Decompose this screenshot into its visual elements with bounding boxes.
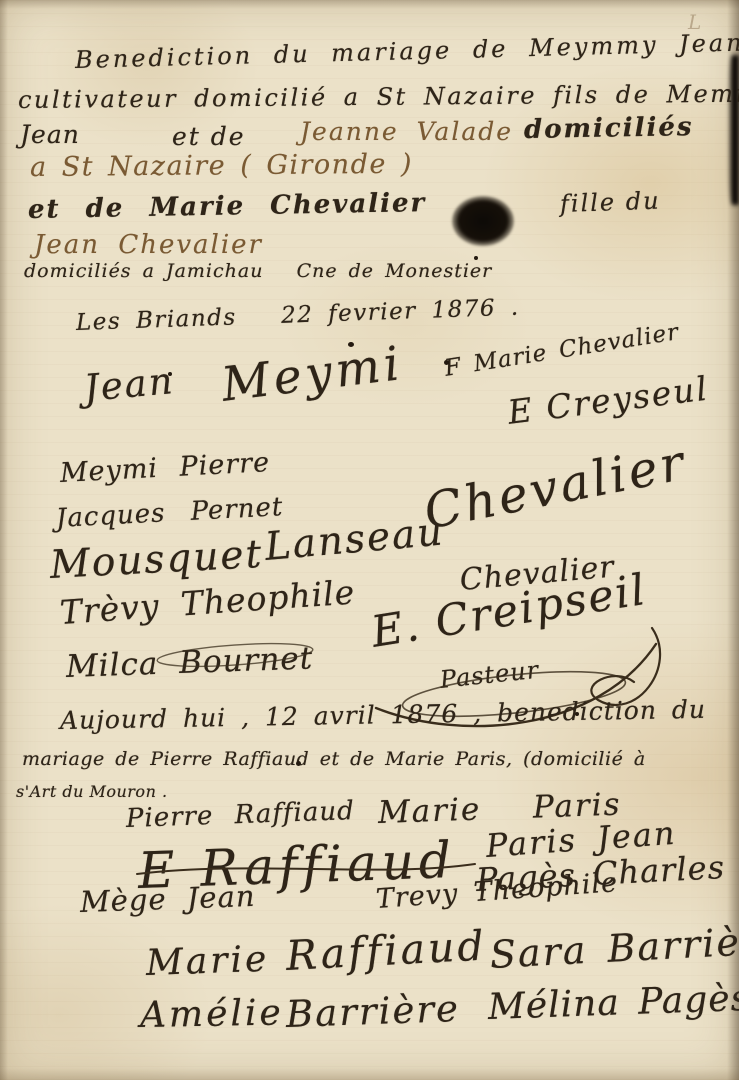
- dateline: Les Briands 22 fevrier 1876 .: [76, 297, 520, 335]
- entry2-line3: domiciliés a Jamichau Cne de Monestier: [24, 262, 492, 281]
- ink-speck: [348, 342, 354, 347]
- entry3-line3: s'Art du Mouron .: [16, 784, 168, 800]
- page-edge-right-shadow: [728, 55, 739, 205]
- signature: Lanseau: [263, 512, 445, 567]
- signature: Pierre Raffiaud: [126, 798, 356, 832]
- signature: Chevalier: [420, 438, 690, 537]
- ink-speck: [444, 360, 449, 365]
- entry1-line1: Benediction du mariage de Meymmy Jean: [75, 30, 739, 72]
- ink-speck: [296, 761, 301, 766]
- entry3-line2: mariage de Pierre Raffiaud et de Marie P…: [22, 750, 646, 769]
- flourish-oval: [150, 638, 320, 672]
- signature: Barrière: [285, 990, 460, 1033]
- ink-blot: [452, 196, 514, 246]
- page-edge-top: [0, 0, 739, 9]
- ink-speck: [575, 712, 579, 716]
- entry1-line3-etde: et de: [172, 124, 246, 149]
- entry1-line3-bride: Jeanne Valade: [300, 119, 513, 144]
- signature: Mélina Pagès: [487, 981, 739, 1026]
- signature: Raffiaud: [285, 926, 488, 977]
- signature: Mège Jean: [79, 882, 255, 917]
- ink-speck: [168, 372, 172, 376]
- signature: Marie: [145, 942, 270, 982]
- page-edge-bottom: [0, 1068, 739, 1080]
- entry2-line1b: fille du: [560, 188, 661, 215]
- entry2-line2: Jean Chevalier: [34, 232, 263, 258]
- manuscript-page: L Benediction du mariage de Meymmy Jean …: [0, 0, 739, 1080]
- signature: Amélie: [140, 995, 284, 1034]
- entry1-line3-groom: Jean: [20, 122, 80, 147]
- page-edge-left: [0, 0, 8, 1080]
- signature: F Marie Chevalier: [443, 321, 681, 381]
- flourish-strike: [135, 858, 480, 882]
- signature: Jacques Pernet: [55, 494, 284, 532]
- page-edge-right: [727, 0, 739, 1080]
- signature: Sara Barrière: [489, 921, 739, 974]
- entry1-line2: cultivateur domicilié a St Nazaire fils …: [18, 81, 739, 112]
- signature: Meymi Pierre: [59, 449, 270, 487]
- entry2-line1a: et de Marie Chevalier: [28, 190, 427, 223]
- ink-speck: [474, 256, 478, 260]
- signature: E Creyseul: [506, 371, 711, 428]
- entry1-line3-domicilies: domiciliés: [524, 114, 694, 143]
- signature: Meymi: [219, 340, 405, 409]
- entry1-line4: a St Nazaire ( Gironde ): [30, 151, 413, 181]
- signature: Mousquet: [49, 535, 264, 585]
- signature: Jean: [82, 362, 176, 407]
